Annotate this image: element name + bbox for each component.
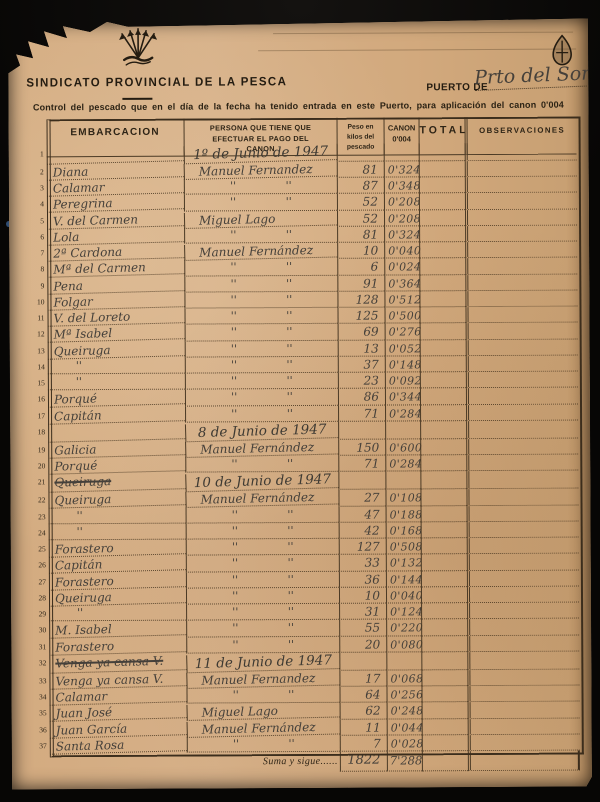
cell-canon: 0'068: [386, 670, 421, 686]
cell-total: [422, 719, 468, 735]
row-number: 3: [34, 180, 47, 196]
cell-observaciones: [467, 686, 579, 703]
cell-canon: 0'040: [384, 243, 419, 259]
cell-persona: '' '': [185, 373, 338, 390]
cell-canon: 0'144: [386, 571, 421, 587]
cell-canon: [386, 652, 421, 670]
sum-row-spacer: [50, 753, 187, 774]
row-number: 11: [35, 309, 48, 325]
cell-peso: 86: [338, 389, 385, 405]
cell-canon: 0'092: [385, 373, 420, 389]
sum-total-cell: [422, 751, 468, 771]
row-number: 31: [36, 638, 49, 654]
cell-observaciones: [466, 489, 578, 506]
row-number: 20: [35, 457, 48, 473]
cell-peso: 33: [339, 555, 386, 571]
cell-canon: 0'124: [386, 603, 421, 619]
cell-canon: 0'508: [386, 538, 421, 554]
cell-peso: 127: [339, 539, 386, 555]
cell-observaciones: [467, 635, 579, 652]
cell-total: [419, 194, 465, 210]
cell-peso: [338, 421, 385, 439]
cell-canon: 0'208: [384, 210, 419, 226]
cell-canon: 0'344: [385, 389, 420, 405]
document-paper: SINDICATO PROVINCIAL DE LA PESCA PUERTO …: [8, 18, 592, 789]
table-header-row: EMBARCACION PERSONA QUE TIENE QUE EFECTU…: [34, 117, 577, 146]
cell-observaciones: [466, 339, 578, 356]
cell-observaciones: [465, 193, 577, 210]
row-number: 10: [34, 293, 47, 309]
cell-observaciones: [465, 143, 577, 162]
cell-persona: '' '': [185, 340, 338, 357]
cell-observaciones: [467, 554, 579, 571]
cell-persona: '' '': [185, 389, 338, 406]
cell-canon: 0'324: [384, 226, 419, 242]
cell-peso: 36: [339, 571, 386, 587]
sum-observaciones-cell: [468, 751, 580, 772]
cell-persona: '' '': [187, 736, 340, 753]
cell-total: [421, 587, 467, 603]
showthrough-line: [273, 32, 573, 35]
cell-canon: 0'220: [386, 620, 421, 636]
cell-peso: 7: [340, 735, 387, 751]
cell-total: [421, 652, 467, 670]
cell-peso: 23: [338, 373, 385, 389]
row-number: 19: [35, 441, 48, 457]
cell-peso: 20: [339, 636, 386, 652]
cell-observaciones: [465, 307, 577, 324]
cell-peso: 10: [337, 243, 384, 259]
cell-embarcacion: '': [48, 358, 185, 375]
cell-canon: 0'148: [385, 356, 420, 372]
cell-observaciones: [467, 570, 579, 587]
sum-row-gutter: [37, 753, 50, 773]
photo-background: SINDICATO PROVINCIAL DE LA PESCA PUERTO …: [0, 0, 600, 802]
cell-observaciones: [466, 420, 578, 439]
cell-total: [419, 210, 465, 226]
cell-canon: 0'188: [386, 506, 421, 522]
row-number: 21: [35, 474, 48, 492]
cell-total: [421, 636, 467, 652]
sum-peso-value: 1822: [340, 752, 387, 772]
row-number: 24: [36, 524, 49, 540]
cell-peso: 150: [338, 439, 385, 455]
cell-total: [419, 177, 465, 193]
cell-canon: 0'348: [384, 178, 419, 194]
cell-canon: 0'364: [384, 275, 419, 291]
cell-total: [420, 372, 466, 388]
row-number: 17: [35, 407, 48, 423]
row-number: 28: [36, 589, 49, 605]
cell-peso: 27: [338, 490, 385, 506]
cell-observaciones: [467, 651, 579, 670]
cell-persona: '' '': [186, 620, 339, 637]
cell-peso: [339, 652, 386, 670]
cell-total: [419, 143, 465, 161]
cell-total: [421, 506, 467, 522]
cell-total: [420, 439, 466, 455]
cell-total: [420, 455, 466, 471]
puerto-field: PUERTO DE Prto del Son: [426, 77, 582, 96]
cell-total: [421, 670, 467, 686]
cell-observaciones: [466, 372, 578, 389]
cell-persona: '' '': [184, 259, 337, 276]
row-number: 14: [35, 358, 48, 374]
cell-canon: 0'276: [385, 324, 420, 340]
cell-peso: 52: [337, 210, 384, 226]
row-number: 37: [37, 737, 50, 753]
cell-total: [421, 554, 467, 570]
cell-persona: '' '': [185, 357, 338, 374]
cell-canon: 0'040: [386, 587, 421, 603]
cell-canon: 0'024: [384, 259, 419, 275]
cell-observaciones: [465, 258, 577, 275]
cell-observaciones: [467, 538, 579, 555]
cell-observaciones: [465, 290, 577, 307]
row-number: 35: [37, 705, 50, 721]
cell-peso: 71: [338, 456, 385, 472]
cell-canon: 0'168: [386, 522, 421, 538]
cell-peso: 6: [337, 259, 384, 275]
cell-observaciones: [466, 455, 578, 472]
row-number: 1: [34, 145, 47, 163]
cell-persona: '' '': [186, 571, 339, 588]
cell-total: [419, 275, 465, 291]
table-sum-row: Suma y sigue...... 1822 7'288: [37, 751, 580, 774]
cell-observaciones: [465, 226, 577, 243]
cell-total: [422, 735, 468, 751]
organization-title: SINDICATO PROVINCIAL DE LA PESCA: [26, 76, 287, 90]
cell-canon: 0'500: [384, 308, 419, 324]
row-number: 26: [36, 557, 49, 573]
cell-total: [419, 242, 465, 258]
cell-peso: 71: [338, 405, 385, 421]
table-body: 11º de Junio de 19472DianaManuel Fernand…: [34, 143, 580, 754]
cell-observaciones: [467, 586, 579, 603]
cell-observaciones: [465, 242, 577, 259]
cell-observaciones: [466, 323, 578, 340]
row-number: 9: [34, 277, 47, 293]
cell-observaciones: [467, 603, 579, 620]
cell-persona: '' '': [184, 194, 337, 211]
cell-total: [422, 702, 468, 718]
cell-peso: 125: [337, 308, 384, 324]
cell-canon: 0'080: [386, 636, 421, 652]
cell-persona: '' '': [184, 292, 337, 309]
oval-seal-icon: [552, 35, 572, 67]
cell-peso: 69: [338, 324, 385, 340]
row-number: 27: [36, 573, 49, 589]
cell-observaciones: [468, 702, 580, 719]
row-number: 13: [35, 342, 48, 358]
cell-total: [420, 356, 466, 372]
row-number: 29: [36, 605, 49, 621]
cell-observaciones: [467, 505, 579, 522]
cell-peso: 81: [337, 162, 384, 178]
cell-peso: 128: [337, 291, 384, 307]
cell-canon: 0'248: [387, 703, 422, 719]
cell-canon: 0'512: [384, 291, 419, 307]
cell-observaciones: [466, 355, 578, 372]
cell-observaciones: [466, 388, 578, 405]
cell-total: [421, 619, 467, 635]
cell-peso: [338, 472, 385, 490]
cell-canon: 0'044: [387, 719, 422, 735]
cell-persona: '' '': [184, 275, 337, 292]
cell-observaciones: [466, 438, 578, 455]
cell-total: [419, 259, 465, 275]
control-statement: Control del pescado que en el día de la …: [8, 99, 588, 112]
cell-total: [421, 603, 467, 619]
cell-peso: 37: [338, 356, 385, 372]
showthrough-line: [258, 49, 576, 52]
cell-peso: 91: [337, 275, 384, 291]
sum-canon-value: 7'288: [387, 751, 422, 771]
cell-persona: '' '': [186, 539, 339, 556]
cell-canon: 0'132: [386, 555, 421, 571]
cell-total: [420, 489, 466, 505]
row-number: 30: [36, 622, 49, 638]
row-number: 12: [35, 326, 48, 342]
cell-canon: 0'284: [385, 455, 420, 471]
cell-total: [419, 226, 465, 242]
cell-peso: 11: [340, 719, 387, 735]
cell-observaciones: [466, 471, 578, 490]
cell-canon: [385, 421, 420, 439]
row-number: 2: [34, 163, 47, 179]
cell-canon: 0'108: [385, 490, 420, 506]
row-number: 15: [35, 374, 48, 390]
row-number: 32: [36, 654, 49, 672]
sum-label: Suma y sigue......: [187, 752, 340, 773]
cell-total: [421, 522, 467, 538]
cell-peso: 81: [337, 227, 384, 243]
cell-canon: 0'208: [384, 194, 419, 210]
cell-persona: '' '': [186, 588, 339, 605]
cell-embarcacion: '': [49, 507, 186, 524]
row-number: 6: [34, 228, 47, 244]
cell-canon: 0'600: [385, 439, 420, 455]
row-number: 16: [35, 391, 48, 407]
cell-total: [420, 324, 466, 340]
cell-total: [419, 291, 465, 307]
row-number: 7: [34, 245, 47, 261]
cell-canon: 0'256: [386, 686, 421, 702]
cell-peso: 13: [338, 340, 385, 356]
cell-canon: 0'052: [385, 340, 420, 356]
row-number: 22: [35, 492, 48, 508]
cell-peso: 62: [340, 703, 387, 719]
cell-peso: 55: [339, 620, 386, 636]
cell-peso: [337, 144, 384, 162]
cell-peso: 42: [339, 522, 386, 538]
puerto-handwritten-value: Prto del Son: [474, 63, 587, 91]
cell-total: [420, 421, 466, 439]
cell-total: [420, 405, 466, 421]
cell-canon: [384, 143, 419, 161]
cell-persona: '' '': [186, 523, 339, 540]
cell-canon: 0'028: [387, 735, 422, 751]
cell-observaciones: [467, 619, 579, 636]
cell-observaciones: [465, 209, 577, 226]
cell-peso: 52: [337, 194, 384, 210]
cell-observaciones: [466, 404, 578, 421]
cell-total: [420, 389, 466, 405]
cell-persona: '' '': [186, 506, 339, 523]
yoke-and-arrows-icon: [114, 28, 162, 74]
cell-canon: 0'284: [385, 405, 420, 421]
cell-observaciones: [465, 274, 577, 291]
row-number: 25: [36, 540, 49, 556]
cell-observaciones: [465, 161, 577, 178]
cell-canon: 0'324: [384, 161, 419, 177]
row-number: 33: [36, 672, 49, 688]
row-number: 34: [36, 688, 49, 704]
cell-observaciones: [465, 177, 577, 194]
cell-peso: 10: [339, 587, 386, 603]
cell-observaciones: [467, 521, 579, 538]
cell-total: [419, 161, 465, 177]
cell-persona: '' '': [184, 308, 337, 325]
organization-underline: [122, 98, 152, 100]
cell-observaciones: [467, 669, 579, 686]
cell-peso: 87: [337, 178, 384, 194]
cell-canon: [385, 472, 420, 490]
cell-persona: '' '': [185, 324, 338, 341]
cell-total: [420, 471, 466, 489]
cell-total: [421, 538, 467, 554]
row-number: 5: [34, 212, 47, 228]
cell-persona: '' '': [184, 178, 337, 195]
cell-total: [421, 571, 467, 587]
cell-observaciones: [468, 718, 580, 735]
row-number: 4: [34, 196, 47, 212]
cell-total: [420, 340, 466, 356]
cell-peso: 64: [339, 687, 386, 703]
row-number: 23: [36, 508, 49, 524]
cell-total: [421, 686, 467, 702]
cell-persona: '' '': [186, 604, 339, 621]
control-table: EMBARCACION PERSONA QUE TIENE QUE EFECTU…: [34, 117, 580, 774]
cell-total: [419, 307, 465, 323]
cell-persona: '' '': [186, 555, 339, 572]
row-number: 18: [35, 423, 48, 441]
cell-peso: 47: [339, 506, 386, 522]
row-number: 36: [37, 721, 50, 737]
cell-peso: 31: [339, 604, 386, 620]
cell-observaciones: [468, 734, 580, 751]
row-number: 8: [34, 261, 47, 277]
cell-peso: 17: [339, 670, 386, 686]
